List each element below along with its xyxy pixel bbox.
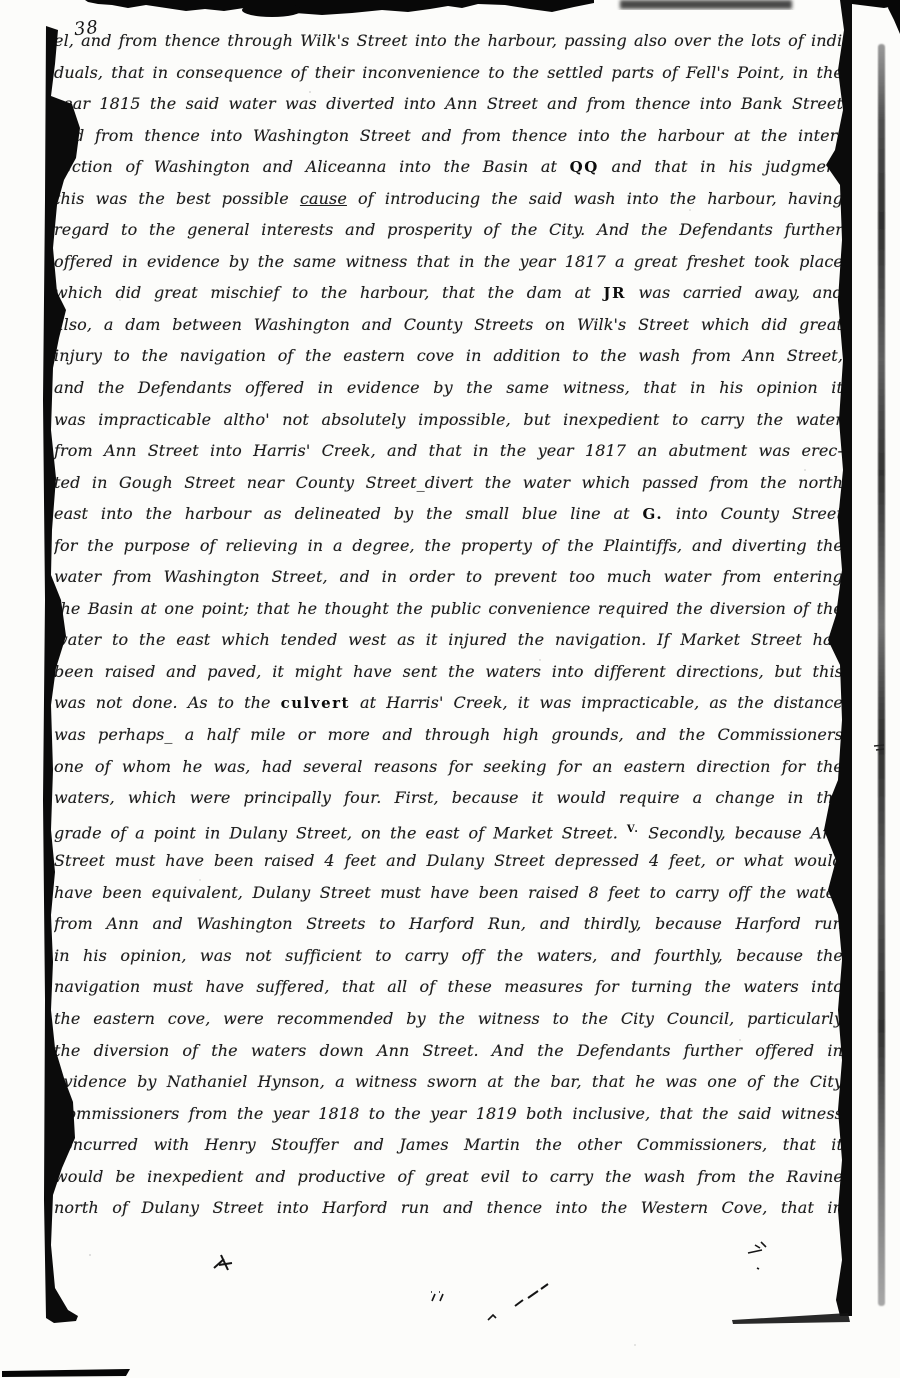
handwritten-text-segment: for the purpose of relieving in a degree… xyxy=(54,536,843,555)
handwritten-line: which did great mischief to the harbour,… xyxy=(54,277,843,309)
handwritten-line: duals, that in consequence of their inco… xyxy=(54,57,843,89)
handwritten-line: from Ann and Washington Streets to Harfo… xyxy=(54,908,843,940)
handwritten-line: water to the east which tended west as i… xyxy=(54,624,843,656)
handwritten-text-segment: north of Dulany Street into Harford run … xyxy=(54,1198,843,1217)
handwritten-line: section of Washington and Aliceanna into… xyxy=(54,151,843,183)
handwritten-text-segment: waters, which were principally four. Fir… xyxy=(54,788,843,807)
handwritten-line: regard to the general interests and pros… xyxy=(54,214,843,246)
handwritten-line: and the Defendants offered in evidence b… xyxy=(54,372,843,404)
handwritten-text-segment: offered in evidence by the same witness … xyxy=(54,252,843,271)
handwritten-text-segment: water from Washington Street, and in ord… xyxy=(54,567,843,586)
handwritten-text-segment: el, and from thence through Wilk's Stree… xyxy=(54,31,843,50)
handwritten-line: the eastern cove, were recommended by th… xyxy=(54,1003,843,1035)
handwritten-text-segment: and that in his judgment xyxy=(599,157,843,176)
handwritten-text-segment: east into the harbour as delineated by t… xyxy=(54,504,643,523)
handwritten-text-segment: grade of a point in Dulany Street, on th… xyxy=(54,823,627,842)
stamped-annotation: JR xyxy=(603,284,626,302)
handwritten-text-segment: cause xyxy=(300,189,347,208)
handwritten-text-segment: and the Defendants offered in evidence b… xyxy=(54,378,843,397)
handwritten-text-segment: would be inexpedient and productive of g… xyxy=(54,1167,843,1186)
handwritten-line: water from Washington Street, and in ord… xyxy=(54,561,843,593)
handwritten-text-segment: was perhaps_ a half mile or more and thr… xyxy=(54,725,843,744)
handwritten-text-segment: into County Street xyxy=(663,504,843,523)
handwritten-line: have been equivalent, Dulany Street must… xyxy=(54,877,843,909)
handwritten-line: navigation must have suffered, that all … xyxy=(54,971,843,1003)
handwritten-text-segment: this was the best possible xyxy=(54,189,300,208)
handwritten-text-segment: was not done. As to the xyxy=(54,693,281,712)
handwritten-text-segment: the eastern cove, were recommended by th… xyxy=(54,1009,843,1028)
handwritten-line: was perhaps_ a half mile or more and thr… xyxy=(54,719,843,751)
handwritten-text-segment: duals, that in consequence of their inco… xyxy=(54,63,843,82)
handwritten-line: grade of a point in Dulany Street, on th… xyxy=(54,814,843,846)
handwritten-text-segment: injury to the navigation of the eastern … xyxy=(54,346,843,365)
handwritten-line: Street must have been raised 4 feet and … xyxy=(54,845,843,877)
handwritten-line: ted in Gough Street near County Street_d… xyxy=(54,467,843,499)
handwritten-text-segment: and from thence into Washington Street a… xyxy=(54,126,843,145)
handwritten-line: and from thence into Washington Street a… xyxy=(54,120,843,152)
handwritten-line: the diversion of the waters down Ann Str… xyxy=(54,1035,843,1067)
handwritten-line: Commissioners from the year 1818 to the … xyxy=(54,1098,843,1130)
stamped-annotation: QQ xyxy=(570,158,599,176)
handwritten-line: this was the best possible cause of intr… xyxy=(54,183,843,215)
handwritten-line: el, and from thence through Wilk's Stree… xyxy=(54,25,843,57)
handwritten-text-segment: concurred with Henry Stouffer and James … xyxy=(54,1135,843,1154)
handwritten-line: waters, which were principally four. Fir… xyxy=(54,782,843,814)
handwritten-text-segment: water to the east which tended west as i… xyxy=(54,630,843,649)
stamped-annotation: G. xyxy=(643,505,664,523)
handwritten-line: evidence by Nathaniel Hynson, a witness … xyxy=(54,1066,843,1098)
handwritten-text-segment: Commissioners from the year 1818 to the … xyxy=(54,1104,843,1123)
handwritten-line: the Basin at one point; that he thought … xyxy=(54,593,843,625)
handwritten-line: north of Dulany Street into Harford run … xyxy=(54,1192,843,1224)
handwritten-line: one of whom he was, had several reasons … xyxy=(54,751,843,783)
handwritten-text-segment: been raised and paved, it might have sen… xyxy=(54,662,843,681)
handwritten-line: also, a dam between Washington and Count… xyxy=(54,309,843,341)
handwritten-text-segment: in his opinion, was not sufficient to ca… xyxy=(54,946,843,965)
handwritten-line: for the purpose of relieving in a degree… xyxy=(54,530,843,562)
handwritten-text-segment: the diversion of the waters down Ann Str… xyxy=(54,1041,843,1060)
handwritten-text-segment: year 1815 the said water was diverted in… xyxy=(54,94,843,113)
handwritten-text-segment: the Basin at one point; that he thought … xyxy=(54,599,843,618)
handwritten-text-segment: was impracticable altho' not absolutely … xyxy=(54,410,843,429)
handwritten-line: was impracticable altho' not absolutely … xyxy=(54,404,843,436)
handwritten-text-segment: regard to the general interests and pros… xyxy=(54,220,843,239)
handwritten-text-segment: navigation must have suffered, that all … xyxy=(54,977,843,996)
handwritten-line: injury to the navigation of the eastern … xyxy=(54,340,843,372)
handwritten-text-segment: from Ann Street into Harris' Creek, and … xyxy=(54,441,843,460)
handwritten-text-segment: also, a dam between Washington and Count… xyxy=(54,315,843,334)
handwritten-text-segment: evidence by Nathaniel Hynson, a witness … xyxy=(54,1072,843,1091)
handwritten-line: would be inexpedient and productive of g… xyxy=(54,1161,843,1193)
handwritten-text-segment: section of Washington and Aliceanna into… xyxy=(54,157,570,176)
handwritten-line: was not done. As to the culvert at Harri… xyxy=(54,687,843,719)
handwritten-text-segment: one of whom he was, had several reasons … xyxy=(54,757,843,776)
handwritten-text-segment: which did great mischief to the harbour,… xyxy=(54,283,603,302)
handwritten-line: year 1815 the said water was diverted in… xyxy=(54,88,843,120)
stamped-annotation: culvert xyxy=(281,694,350,712)
handwritten-line: been raised and paved, it might have sen… xyxy=(54,656,843,688)
handwritten-line: concurred with Henry Stouffer and James … xyxy=(54,1129,843,1161)
handwritten-text-segment: Street must have been raised 4 feet and … xyxy=(54,851,843,870)
manuscript-text-block: el, and from thence through Wilk's Stree… xyxy=(54,25,843,1225)
handwritten-line: offered in evidence by the same witness … xyxy=(54,246,843,278)
handwritten-text-segment: from Ann and Washington Streets to Harfo… xyxy=(54,914,843,933)
handwritten-text-segment: was carried away, and xyxy=(626,283,843,302)
handwritten-line: from Ann Street into Harris' Creek, and … xyxy=(54,435,843,467)
handwritten-text-segment: have been equivalent, Dulany Street must… xyxy=(54,883,843,902)
handwritten-text-segment: of introducing the said wash into the ha… xyxy=(347,189,843,208)
handwritten-text-segment: ted in Gough Street near County Street_d… xyxy=(54,473,843,492)
handwritten-text-segment: at Harris' Creek, it was impracticable, … xyxy=(350,693,843,712)
stamped-annotation: V. xyxy=(627,824,640,835)
handwritten-text-segment: Secondly, because Ann xyxy=(639,823,843,842)
handwritten-line: east into the harbour as delineated by t… xyxy=(54,498,843,530)
handwritten-line: in his opinion, was not sufficient to ca… xyxy=(54,940,843,972)
